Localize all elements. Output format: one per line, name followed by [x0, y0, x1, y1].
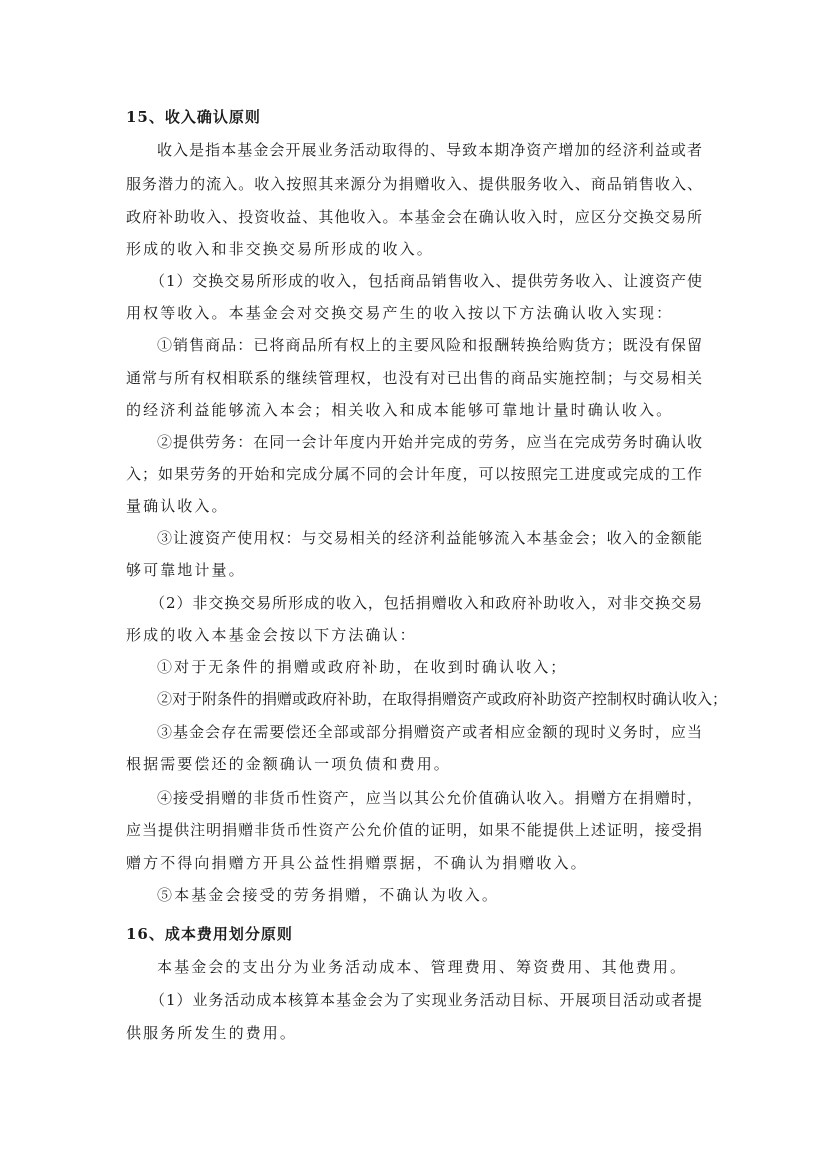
paragraph-line: 的经济利益能够流入本会；相关收入和成本能够可靠地计量时确认收入。: [126, 400, 702, 420]
paragraph-line: 根据需要偿还的金额确认一项负债和费用。: [126, 754, 702, 774]
paragraph-line: 应当提供注明捐赠非货币性资产公允价值的证明，如果不能提供上述证明，接受捐: [126, 820, 702, 840]
paragraph-line: 赠方不得向捐赠方开具公益性捐赠票据，不确认为捐赠收入。: [126, 853, 702, 873]
paragraph-line: ①对于无条件的捐赠或政府补助，在收到时确认收入；: [157, 657, 702, 677]
paragraph-line: ④接受捐赠的非货币性资产，应当以其公允价值确认收入。捐赠方在捐赠时，: [157, 788, 702, 808]
paragraph-line: （1）交换交易所形成的收入，包括商品销售收入、提供劳务收入、让渡资产使: [150, 271, 702, 291]
paragraph-line: 够可靠地计量。: [126, 560, 702, 580]
paragraph-line: 政府补助收入、投资收益、其他收入。本基金会在确认收入时，应区分交换交易所: [126, 207, 702, 227]
section-16-heading: 16、成本费用划分原则: [126, 924, 702, 944]
paragraph-line: （1）业务活动成本核算本基金会为了实现业务活动目标、开展项目活动或者提: [150, 990, 702, 1010]
paragraph-line: ①销售商品：已将商品所有权上的主要风险和报酬转换给购货方；既没有保留: [157, 335, 702, 355]
paragraph-line: 用权等收入。本基金会对交换交易产生的收入按以下方法确认收入实现：: [126, 303, 702, 323]
paragraph-line: 供服务所发生的费用。: [126, 1023, 702, 1043]
paragraph-line: ③基金会存在需要偿还全部或部分捐赠资产或者相应金额的现时义务时，应当: [157, 722, 702, 742]
paragraph-line: 通常与所有权相联系的继续管理权，也没有对已出售的商品实施控制；与交易相关: [126, 368, 702, 388]
paragraph-line: ②对于附条件的捐赠或政府补助，在取得捐赠资产或政府补助资产控制权时确认收入；: [157, 689, 702, 709]
paragraph-line: 本基金会的支出分为业务活动成本、管理费用、筹资费用、其他费用。: [157, 957, 702, 977]
paragraph-line: 量确认收入。: [126, 496, 702, 516]
paragraph-line: ②提供劳务：在同一会计年度内开始并完成的劳务，应当在完成劳务时确认收: [157, 432, 702, 452]
paragraph-line: ③让渡资产使用权：与交易相关的经济利益能够流入本基金会；收入的金额能: [157, 528, 702, 548]
paragraph-line: 形成的收入和非交换交易所形成的收入。: [126, 239, 702, 259]
document-page: 15、收入确认原则 收入是指本基金会开展业务活动取得的、导致本期净资产增加的经济…: [0, 0, 826, 1169]
paragraph-line: ⑤本基金会接受的劳务捐赠，不确认为收入。: [157, 885, 702, 905]
paragraph-line: 入；如果劳务的开始和完成分属不同的会计年度，可以按照完工进度或完成的工作: [126, 464, 702, 484]
paragraph-line: （2）非交换交易所形成的收入，包括捐赠收入和政府补助收入，对非交换交易: [150, 593, 702, 613]
paragraph-line: 服务潜力的流入。收入按照其来源分为捐赠收入、提供服务收入、商品销售收入、: [126, 174, 702, 194]
paragraph-line: 形成的收入本基金会按以下方法确认：: [126, 625, 702, 645]
paragraph-line: 收入是指本基金会开展业务活动取得的、导致本期净资产增加的经济利益或者: [157, 140, 702, 160]
section-15-heading: 15、收入确认原则: [126, 107, 702, 127]
